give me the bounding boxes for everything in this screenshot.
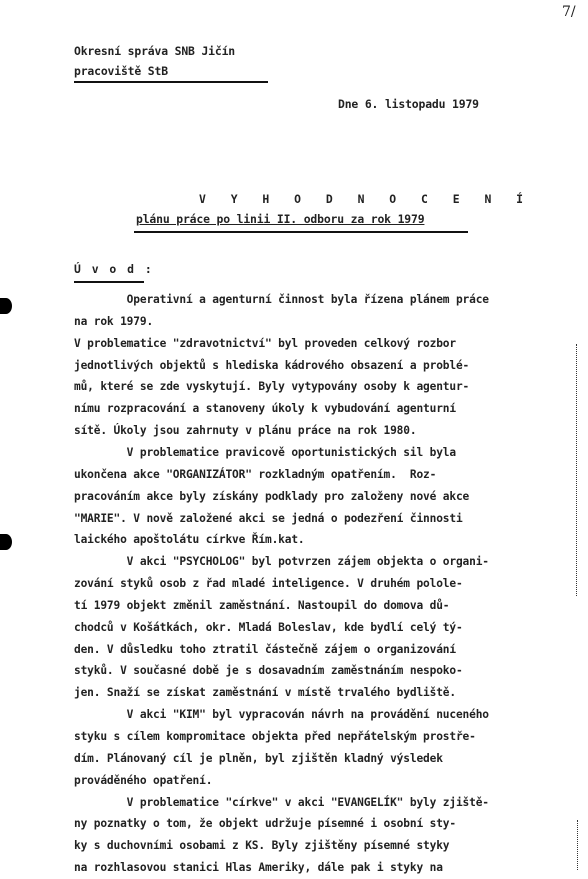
body-line: den. V důsledku toho ztratil částečně zá… [74,643,456,657]
document-page: 7/ Okresní správa SNB Jičín pracoviště S… [0,0,588,879]
body-line: sítě. Úkoly jsou zahrnuty v plánu práce … [74,424,416,438]
body-line: prováděného opatření. [74,774,212,788]
body-line: nímu rozpracování a stanoveny úkoly k vy… [74,402,456,416]
body-line: V problematice pravicově oportunistickýc… [74,446,456,460]
body-line: na rok 1979. [74,315,153,329]
body-line: mů, které se zde vyskytují. Byly vytypov… [74,380,469,394]
body-line: zování styků osob z řad mladé inteligenc… [74,577,463,591]
punch-hole-upper [0,298,12,314]
section-heading: Ú v o d : [74,262,154,276]
margin-line-lower [577,820,579,870]
punch-hole-lower [0,534,12,550]
body-line: V problematice "zdravotnictví" byl prove… [74,337,456,351]
body-line: ny poznatky o tom, že objekt udržuje pís… [74,817,456,831]
org-name: Okresní správa SNB Jičín [74,44,235,58]
body-line: ky s duchovními osobami z KS. Byly zjišt… [74,839,449,853]
document-subtitle: plánu práce po linii II. odboru za rok 1… [136,212,424,226]
body-line: chodců v Košátkách, okr. Mladá Boleslav,… [74,621,463,635]
body-line: dím. Plánovaný cíl je plněn, byl zjištěn… [74,752,443,766]
document-date: Dne 6. listopadu 1979 [338,97,479,111]
body-line: tí 1979 objekt změnil zaměstnání. Nastou… [74,599,449,613]
body-line: jen. Snaží se získat zaměstnání v místě … [74,686,456,700]
body-line: V problematice "církve" v akci "EVANGELÍ… [74,796,489,810]
body-line: na rozhlasovou stanici Hlas Ameriky, dál… [74,861,443,875]
body-line: "MARIE". V nově založené akci se jedná o… [74,512,463,526]
page-number-mark: 7/ [562,4,576,20]
header-underline [74,81,268,83]
body-line: jednotlivých objektů s hlediska kádrovéh… [74,359,469,373]
body-line: ukončena akce "ORGANIZÁTOR" rozkladným o… [74,468,436,482]
subtitle-underline [134,231,468,233]
section-underline [74,281,144,283]
org-unit: pracoviště StB [74,64,168,78]
body-line: laického apoštolátu církve Řím.kat. [74,533,305,547]
body-line: V akci "KIM" byl vypracován návrh na pro… [74,708,489,722]
body-line: pracováním akce byly získány podklady pr… [74,490,469,504]
margin-line-upper [576,344,578,596]
document-title: V Y H O D N O C E N Í [199,192,532,206]
body-line: Operativní a agenturní činnost byla říze… [74,293,489,307]
body-line: styků. V současné době je s dosavadním z… [74,664,463,678]
body-line: V akci "PSYCHOLOG" byl potvrzen zájem ob… [74,555,489,569]
body-line: styku s cílem kompromitace objekta před … [74,730,476,744]
